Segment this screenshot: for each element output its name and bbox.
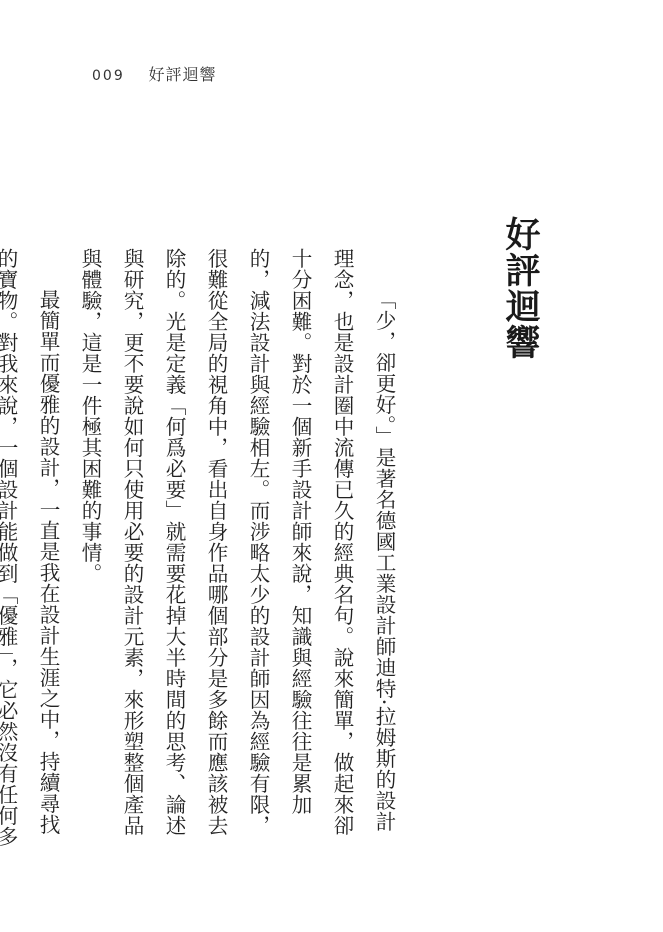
running-header-section-title: 好評迴響 xyxy=(149,65,217,84)
paragraph: 「少，卻更好。」是著名德國工業設計師迪特·拉姆斯的設計理念，也是設計圈中流傳已久… xyxy=(69,248,405,848)
page-number: 009 xyxy=(92,68,125,84)
article-title: 好評迴響 xyxy=(500,216,540,360)
paragraph: 最簡單而優雅的設計，一直是我在設計生涯之中，持續尋找的寶物。對我來說，一個設計能… xyxy=(0,248,69,848)
running-header: 009 好評迴響 xyxy=(92,62,217,85)
article-body: 「少，卻更好。」是著名德國工業設計師迪特·拉姆斯的設計理念，也是設計圈中流傳已久… xyxy=(0,248,405,848)
